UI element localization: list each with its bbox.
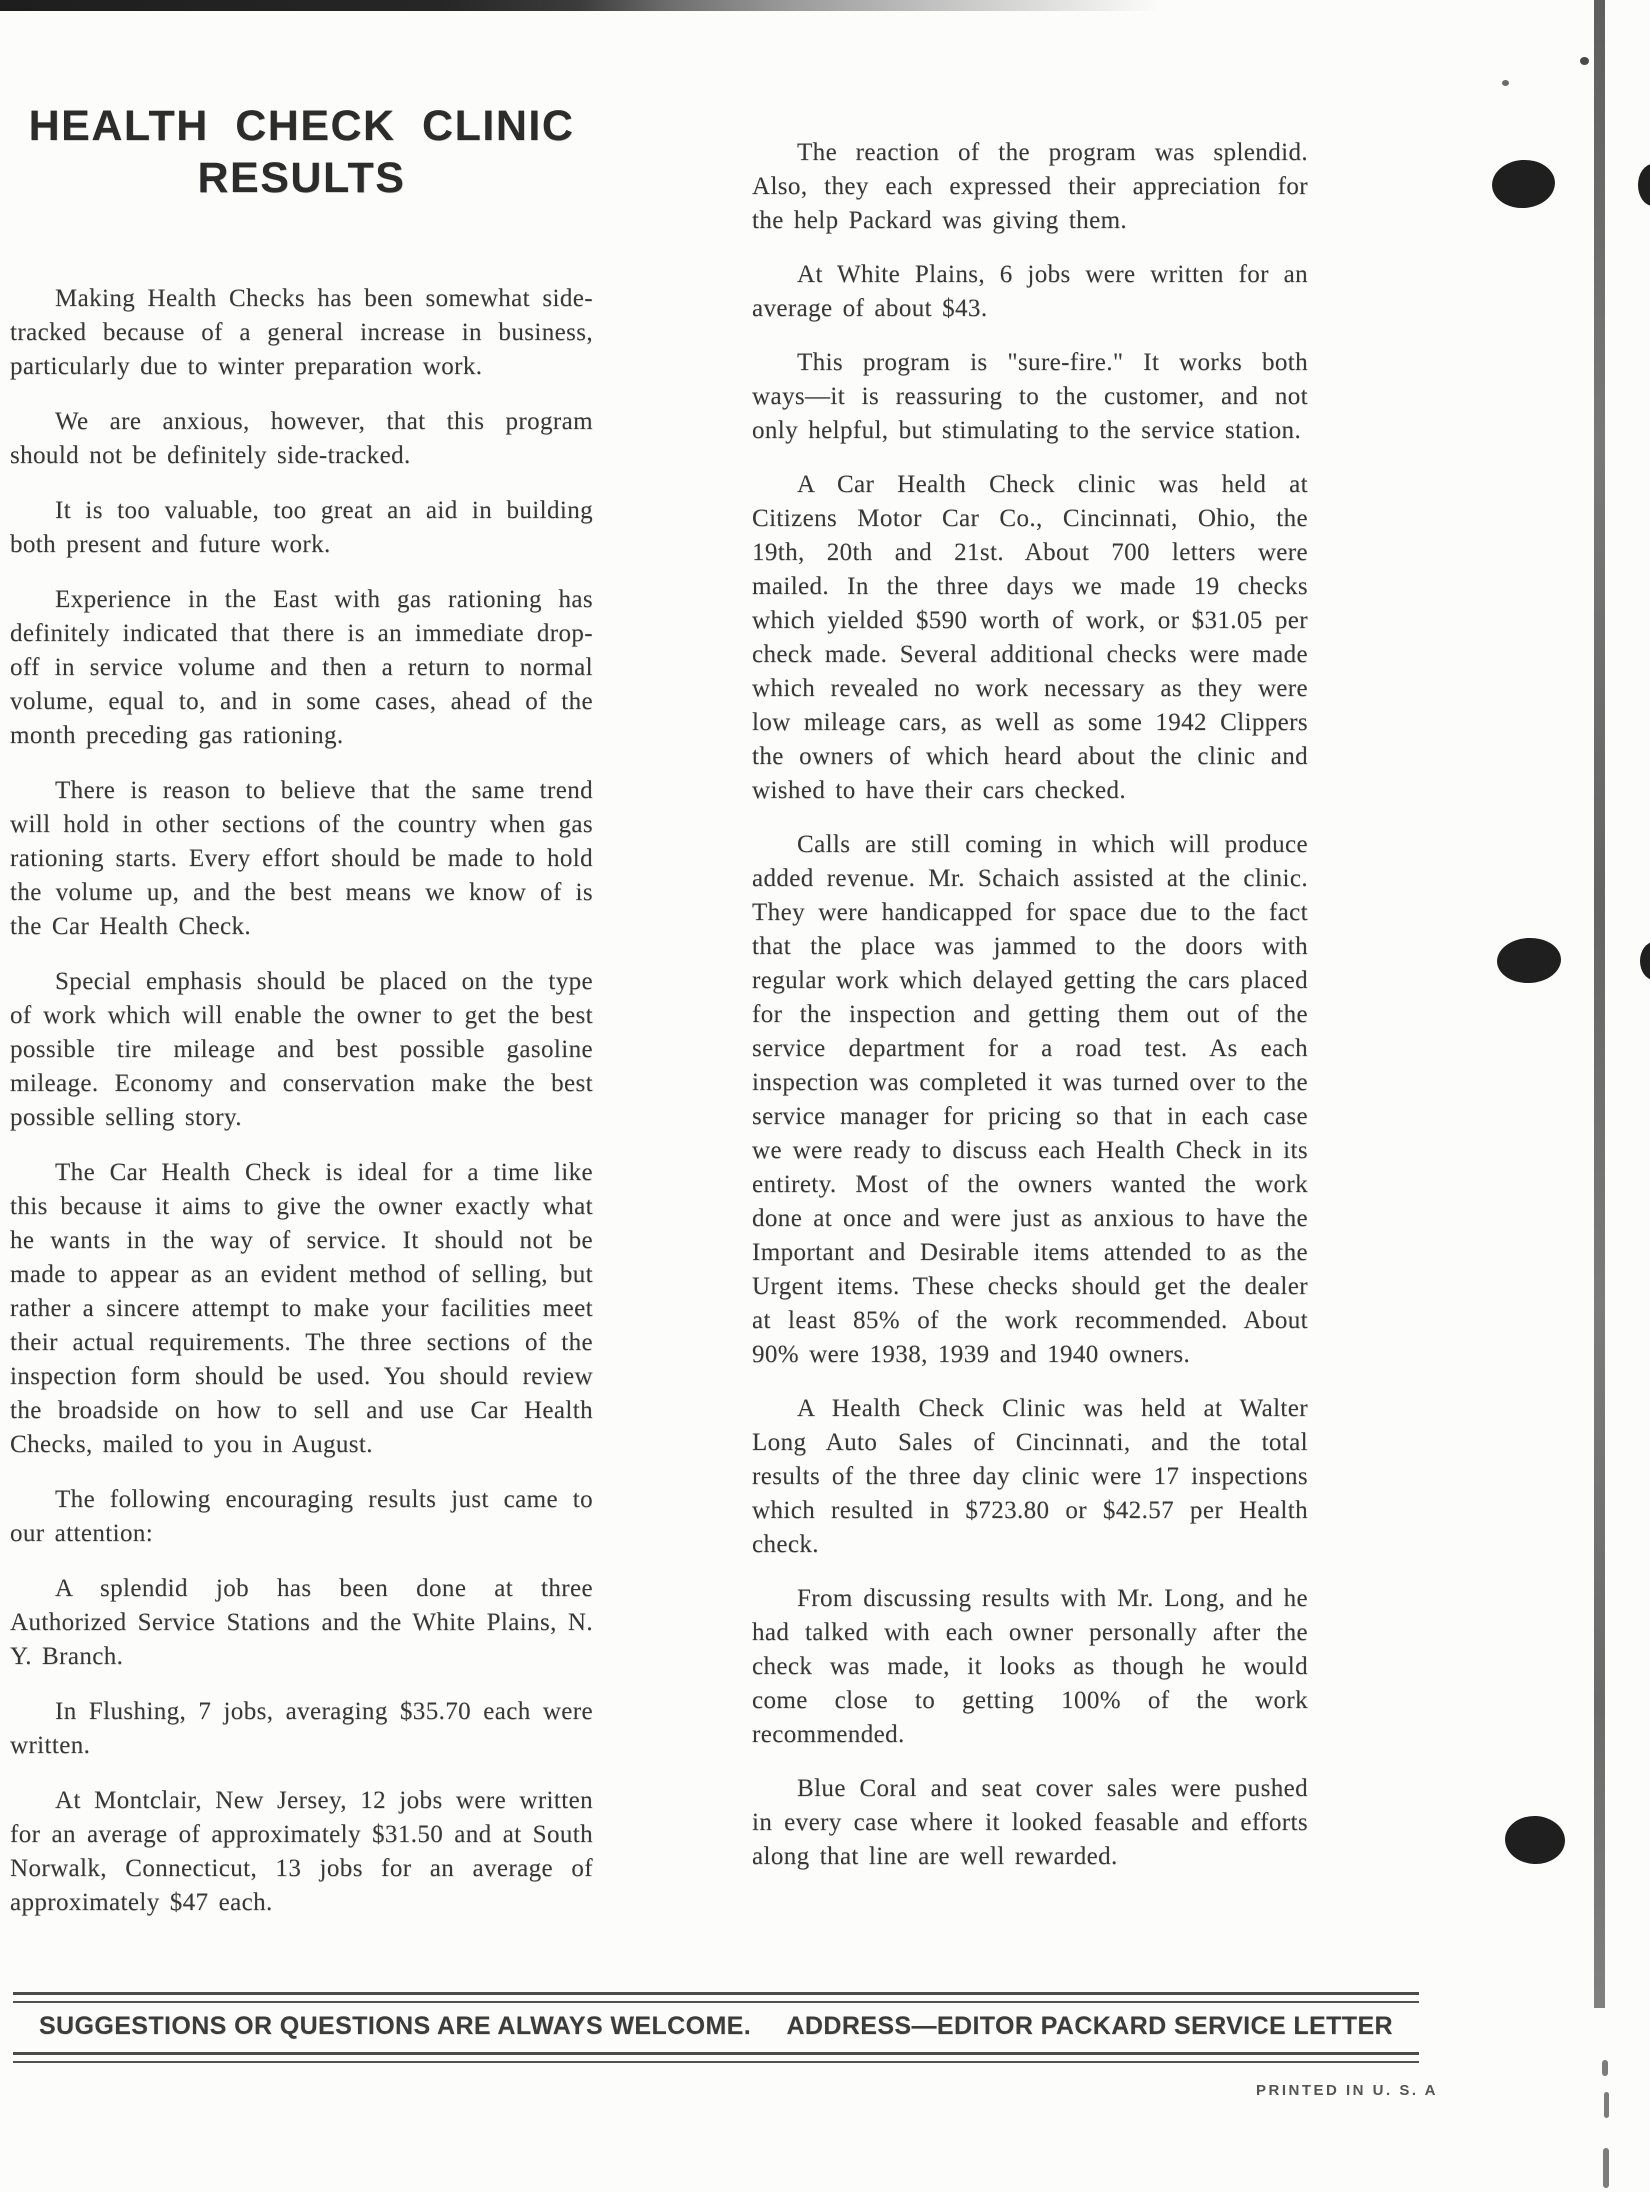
page-title-line1: HEALTH CHECK CLINIC xyxy=(29,102,575,150)
edge-line-dash xyxy=(1603,2148,1609,2188)
footer-rule-bottom xyxy=(13,2052,1419,2063)
paragraph: There is reason to believe that the same… xyxy=(10,774,593,944)
paragraph: Experience in the East with gas rationin… xyxy=(10,583,593,753)
paragraph: This program is "sure-fire." It works bo… xyxy=(752,346,1308,448)
paragraph: Making Health Checks has been somewhat s… xyxy=(10,282,593,384)
footer-text: SUGGESTIONS OR QUESTIONS ARE ALWAYS WELC… xyxy=(13,2012,1419,2041)
footer-message: SUGGESTIONS OR QUESTIONS ARE ALWAYS WELC… xyxy=(39,2012,751,2040)
page-title: HEALTH CHECK CLINIC RESULTS xyxy=(10,100,593,204)
printed-in-usa-note: PRINTED IN U. S. A xyxy=(1256,2082,1438,2099)
paragraph: Special emphasis should be placed on the… xyxy=(10,965,593,1135)
footer-address: ADDRESS—EDITOR PACKARD SERVICE LETTER xyxy=(786,2012,1393,2040)
paragraph: A Health Check Clinic was held at Walter… xyxy=(752,1392,1308,1562)
paragraph: We are anxious, however, that this progr… xyxy=(10,405,593,473)
hole-punch-mark-edge xyxy=(1638,164,1650,206)
left-column: HEALTH CHECK CLINIC RESULTS Making Healt… xyxy=(10,92,593,1920)
paragraph: The reaction of the program was splendid… xyxy=(752,136,1308,238)
paragraph: A Car Health Check clinic was held at Ci… xyxy=(752,468,1308,808)
paragraph: From discussing results with Mr. Long, a… xyxy=(752,1582,1308,1752)
ink-speck xyxy=(1502,80,1509,86)
paragraph: In Flushing, 7 jobs, averaging $35.70 ea… xyxy=(10,1695,593,1763)
paragraph: The Car Health Check is ideal for a time… xyxy=(10,1156,593,1462)
scanned-document-page: HEALTH CHECK CLINIC RESULTS Making Healt… xyxy=(0,0,1650,2192)
edge-line-dash xyxy=(1602,2060,1608,2076)
paragraph: Calls are still coming in which will pro… xyxy=(752,828,1308,1372)
page-binding-edge-line xyxy=(1594,0,1605,2008)
hole-punch-mark xyxy=(1490,158,1556,210)
right-column: The reaction of the program was splendid… xyxy=(752,136,1308,1874)
hole-punch-mark xyxy=(1504,1814,1566,1865)
hole-punch-mark xyxy=(1496,936,1562,984)
page-title-line2: RESULTS xyxy=(198,154,406,202)
left-column-body: Making Health Checks has been somewhat s… xyxy=(10,282,593,1920)
ink-speck xyxy=(1580,57,1589,65)
edge-line-dash xyxy=(1604,2092,1609,2118)
paragraph: It is too valuable, too great an aid in … xyxy=(10,494,593,562)
hole-punch-mark-edge xyxy=(1640,942,1650,980)
paragraph: The following encouraging results just c… xyxy=(10,1483,593,1551)
paragraph: A splendid job has been done at three Au… xyxy=(10,1572,593,1674)
scan-top-edge-artifact xyxy=(0,0,1160,11)
paragraph: Blue Coral and seat cover sales were pus… xyxy=(752,1772,1308,1874)
paragraph: At Montclair, New Jersey, 12 jobs were w… xyxy=(10,1784,593,1920)
footer-rule-top xyxy=(13,1992,1419,2003)
paragraph: At White Plains, 6 jobs were written for… xyxy=(752,258,1308,326)
